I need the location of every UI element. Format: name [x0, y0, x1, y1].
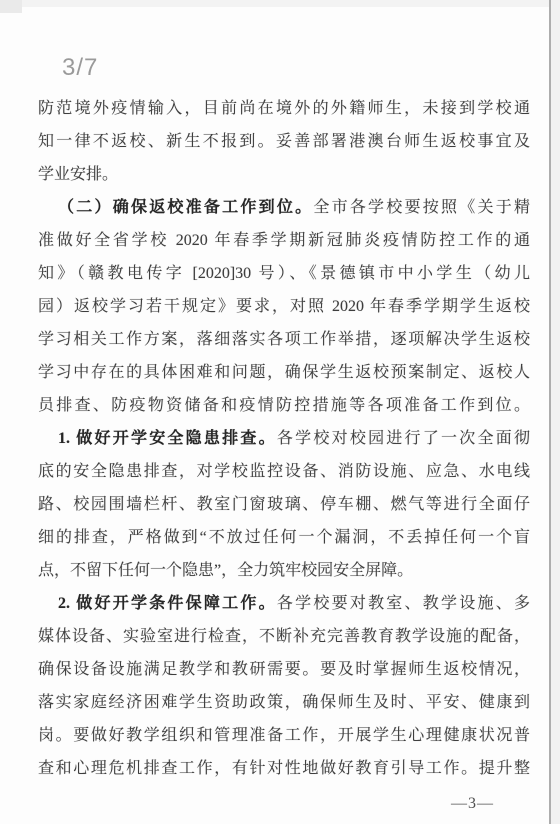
- text-line: 员排查、防疫物资储备和疫情防控措施等各项准备工作到位。: [38, 389, 530, 422]
- text-line: 学习相关工作方案，落细落实各项工作举措，逐项解决学生返校: [38, 323, 530, 356]
- text-line: 落实家庭经济困难学生资助政策，确保师生及时、平安、健康到: [38, 686, 530, 719]
- scan-top-strip: [0, 0, 560, 7]
- text-line: 确保设备设施满足教学和教研需要。要及时掌握师生返校情况，: [38, 653, 530, 686]
- page-edge-shadow: [551, 0, 560, 824]
- text-line: 知一律不返校、新生不报到。妥善部署港澳台师生返校事宜及: [38, 125, 530, 158]
- text-line: 学习中存在的具体困难和问题，确保学生返校预案制定、返校人: [38, 356, 530, 389]
- item-text: 各学校要对教室、教学设施、多: [277, 595, 530, 612]
- section-heading: （二）确保返校准备工作到位。: [58, 199, 313, 216]
- text-line: 知》（赣教电传字 [2020]30 号）、《景德镇市中小学生（幼儿: [38, 257, 530, 290]
- text-line: 园）返校学习若干规定》要求，对照 2020 年春季学期学生返校: [38, 290, 530, 323]
- page-edge-line: [549, 0, 551, 824]
- text-line: 准做好全省学校 2020 年春季学期新冠肺炎疫情防控工作的通: [38, 224, 530, 257]
- text-line: 底的安全隐患排查，对学校监控设备、消防设施、应急、水电线: [38, 455, 530, 488]
- page-position-indicator: 3/7: [62, 54, 98, 82]
- scan-top-corner: [0, 0, 22, 13]
- text-line: 学业安排。: [38, 158, 530, 191]
- text-line: 点，不留下任何一个隐患”，全力筑牢校园安全屏障。: [38, 554, 530, 587]
- text-line: （二）确保返校准备工作到位。全市各学校要按照《关于精: [38, 191, 530, 224]
- text-line: 1. 做好开学安全隐患排查。各学校对校园进行了一次全面彻: [38, 422, 530, 455]
- section-text: 全市各学校要按照《关于精: [313, 199, 530, 216]
- item-heading: 2. 做好开学条件保障工作。: [58, 595, 277, 612]
- text-line: 媒体设备、实验室进行检查，不断补充完善教育教学设施的配备，: [38, 620, 530, 653]
- text-line: 防范境外疫情输入，目前尚在境外的外籍师生，未接到学校通: [38, 92, 530, 125]
- text-line: 细的排查，严格做到“不放过任何一个漏洞，不丢掉任何一个盲: [38, 521, 530, 554]
- text-line: 路、校园围墙栏杆、教室门窗玻璃、停车棚、燃气等进行全面仔: [38, 488, 530, 521]
- text-line: 查和心理危机排查工作，有针对性地做好教育引导工作。提升整: [38, 752, 530, 785]
- document-body: 防范境外疫情输入，目前尚在境外的外籍师生，未接到学校通 知一律不返校、新生不报到…: [38, 92, 530, 785]
- item-text: 各学校对校园进行了一次全面彻: [277, 430, 530, 447]
- item-heading: 1. 做好开学安全隐患排查。: [58, 430, 277, 447]
- page-number: —3—: [451, 795, 494, 813]
- text-line: 2. 做好开学条件保障工作。各学校要对教室、教学设施、多: [38, 587, 530, 620]
- text-line: 岗。要做好教学组织和管理准备工作，开展学生心理健康状况普: [38, 719, 530, 752]
